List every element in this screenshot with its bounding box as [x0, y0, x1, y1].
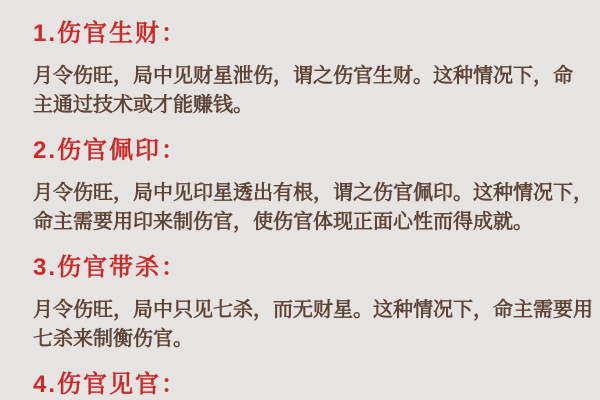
body-line: 月令伤旺，局中见印星透出有根，谓之伤官佩印。这种情况下，: [33, 179, 592, 208]
body-line: 七杀来制衡伤官。: [33, 325, 592, 354]
section-shangguan-peiyin: 2.伤官佩印： 月令伤旺，局中见印星透出有根，谓之伤官佩印。这种情况下， 命主需…: [33, 137, 592, 237]
section-heading: 1.伤官生财：: [33, 20, 592, 48]
section-heading: 2.伤官佩印：: [33, 137, 592, 165]
section-shangguan-jianguan: 4.伤官见官：: [33, 371, 592, 399]
body-line: 主通过技术或才能赚钱。: [33, 91, 592, 120]
section-heading: 4.伤官见官：: [33, 371, 592, 399]
body-line: 月令伤旺，局中见财星泄伤，谓之伤官生财。这种情况下，命: [33, 62, 592, 91]
body-line: 月令伤旺，局中只见七杀，而无财星。这种情况下，命主需要用: [33, 296, 592, 325]
section-heading: 3.伤官带杀：: [33, 254, 592, 282]
body-line: 命主需要用印来制伤官，使伤官体现正面心性而得成就。: [33, 208, 592, 237]
article-page: 1.伤官生财： 月令伤旺，局中见财星泄伤，谓之伤官生财。这种情况下，命 主通过技…: [0, 0, 600, 400]
section-shangguan-daisha: 3.伤官带杀： 月令伤旺，局中只见七杀，而无财星。这种情况下，命主需要用 七杀来…: [33, 254, 592, 354]
section-shangguan-shengcai: 1.伤官生财： 月令伤旺，局中见财星泄伤，谓之伤官生财。这种情况下，命 主通过技…: [33, 20, 592, 120]
